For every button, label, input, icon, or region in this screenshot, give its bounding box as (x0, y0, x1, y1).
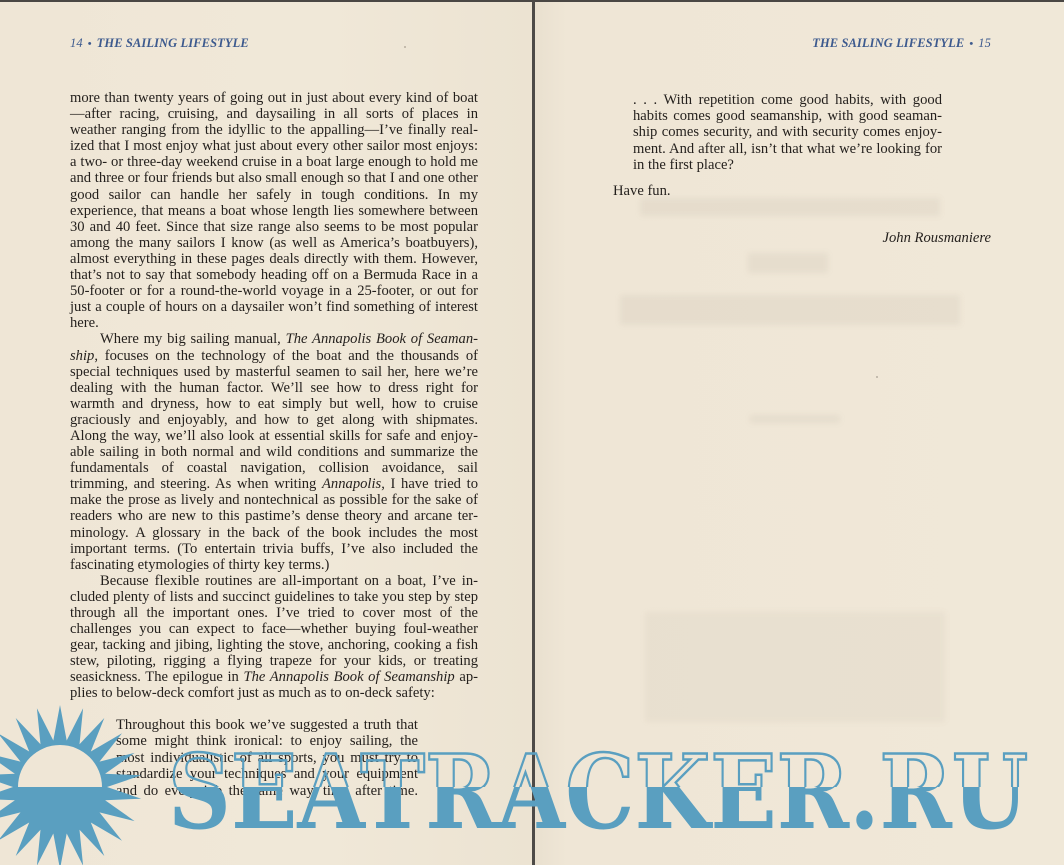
book-title: The Annapolis Book of Seaman­ship (70, 331, 478, 363)
closing-line: Have fun. (613, 183, 671, 200)
show-through (640, 198, 940, 216)
show-through (750, 415, 840, 423)
show-through (645, 612, 945, 722)
paper-speck (404, 46, 406, 48)
epilogue-extract-continued: . . . With repetition come good habits, … (633, 92, 942, 173)
book-title: The Annapolis Book of Seamanship (243, 669, 454, 685)
book-title: Annapolis (322, 476, 381, 492)
paragraph: more than twenty years of going out in j… (70, 90, 478, 331)
author-signature: John Rousmaniere (883, 230, 991, 247)
left-page-body: more than twenty years of going out in j… (70, 90, 478, 702)
paragraph: Where my big sailing manual, The Annapol… (70, 331, 478, 572)
book-spread: 14•THE SAILING LIFESTYLE more than twent… (0, 0, 1064, 865)
bullet-separator: • (969, 38, 973, 50)
show-through (620, 295, 960, 325)
epilogue-extract: Throughout this book we’ve suggested a t… (116, 717, 418, 799)
left-running-head: 14•THE SAILING LIFESTYLE (70, 36, 249, 51)
page-number: 14 (70, 36, 83, 50)
paper-speck (876, 376, 878, 378)
running-head-title: THE SAILING LIFESTYLE (97, 36, 249, 50)
bullet-separator: • (88, 38, 92, 50)
running-head-title: THE SAILING LIFESTYLE (812, 36, 964, 50)
right-running-head: THE SAILING LIFESTYLE•15 (812, 36, 991, 51)
paragraph: Because flexible routines are all-import… (70, 573, 478, 702)
show-through (748, 253, 828, 273)
page-number: 15 (978, 36, 991, 50)
